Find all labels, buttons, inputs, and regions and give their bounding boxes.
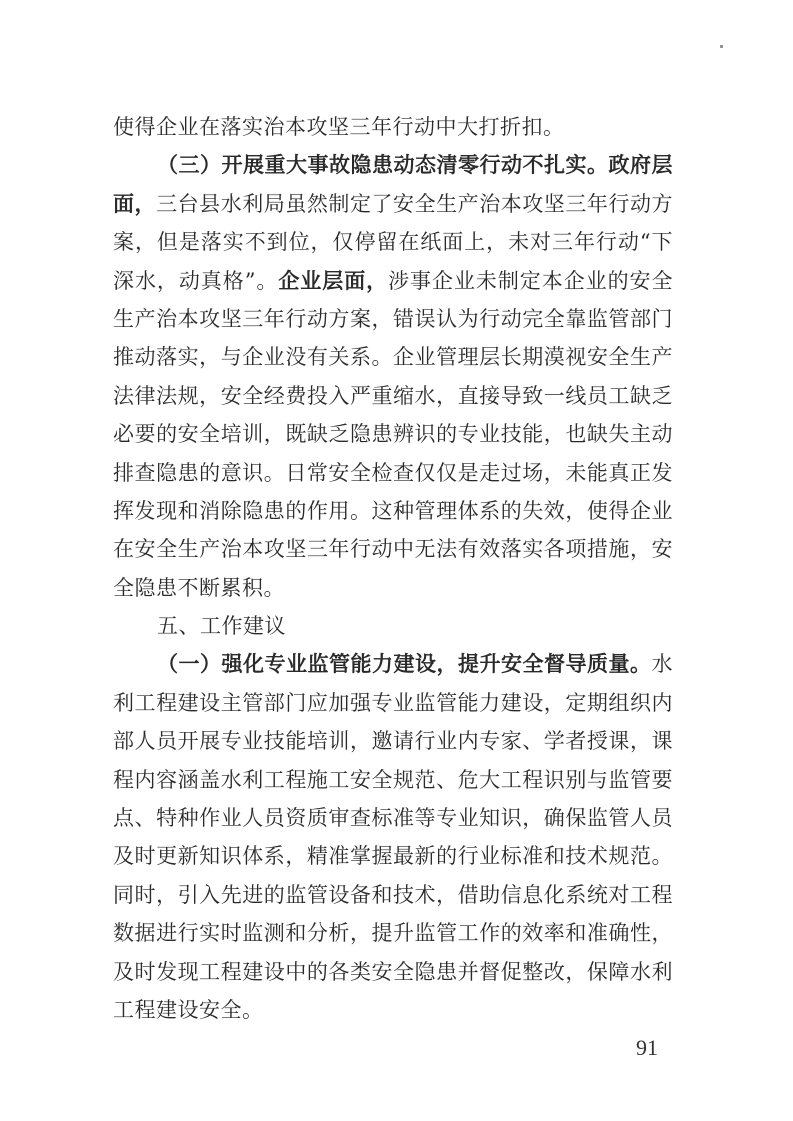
line-text: 生产治本攻坚三年行动方案，错误认为行动完全靠监管部门: [113, 307, 673, 331]
document-body: 使得企业在落实治本攻坚三年行动中大打折扣。 （三）开展重大事故隐患动态清零行动不…: [113, 108, 673, 1029]
line-text: 部人员开展专业技能培训，邀请行业内专家、学者授课，课: [113, 729, 673, 753]
paragraph-line: 同时，引入先进的监管设备和技术，借助信息化系统对工程: [113, 876, 673, 914]
paragraph-line: 面，三台县水利局虽然制定了安全生产治本攻坚三年行动方: [113, 185, 673, 223]
line-text: 案，但是落实不到位，仅停留在纸面上，未对三年行动“下: [113, 230, 673, 254]
paragraph-line: 挥发现和消除隐患的作用。这种管理体系的失效，使得企业: [113, 492, 673, 530]
line-text: 全隐患不断累积。: [113, 576, 285, 600]
line-text: 挥发现和消除隐患的作用。这种管理体系的失效，使得企业: [113, 499, 673, 523]
line-text: 法律法规，安全经费投入严重缩水，直接导致一线员工缺乏: [113, 384, 673, 408]
bold-label: 面，: [113, 192, 156, 216]
line-text: 及时更新知识体系，精准掌握最新的行业标准和技术规范。: [113, 844, 673, 868]
section-heading-5: 五、工作建议: [113, 607, 673, 645]
line-text: 水: [652, 652, 674, 676]
paragraph-line: 在安全生产治本攻坚三年行动中无法有效落实各项措施，安: [113, 530, 673, 568]
line-text: 推动落实，与企业没有关系。企业管理层长期漠视安全生产: [113, 345, 673, 369]
paragraph-line: 深水，动真格”。企业层面，涉事企业未制定本企业的安全: [113, 262, 673, 300]
line-text: 点、特种作业人员资质审查标准等专业知识，确保监管人员: [113, 806, 673, 830]
heading-text: 五、工作建议: [157, 614, 286, 638]
paragraph-line: 及时更新知识体系，精准掌握最新的行业标准和技术规范。: [113, 837, 673, 875]
paragraph-line: 排查隐患的意识。日常安全检查仅仅是走过场，未能真正发: [113, 454, 673, 492]
paragraph-line: 程内容涵盖水利工程施工安全规范、危大工程识别与监管要: [113, 761, 673, 799]
line-text: 及时发现工程建设中的各类安全隐患并督促整改，保障水利: [113, 960, 673, 984]
paragraph-line: 法律法规，安全经费投入严重缩水，直接导致一线员工缺乏: [113, 377, 673, 415]
paragraph-line: 利工程建设主管部门应加强专业监管能力建设，定期组织内: [113, 684, 673, 722]
bold-heading-text: （三）开展重大事故隐患动态清零行动不扎实。政府层: [157, 153, 673, 177]
paragraph-line: 必要的安全培训，既缺乏隐患辨识的专业技能，也缺失主动: [113, 415, 673, 453]
line-text: 涉事企业未制定本企业的安全: [388, 269, 673, 293]
paragraph-line: 数据进行实时监测和分析，提升监管工作的效率和准确性，: [113, 914, 673, 952]
paragraph-line: 部人员开展专业技能培训，邀请行业内专家、学者授课，课: [113, 722, 673, 760]
line-text: 在安全生产治本攻坚三年行动中无法有效落实各项措施，安: [113, 537, 673, 561]
line-text: 排查隐患的意识。日常安全检查仅仅是走过场，未能真正发: [113, 461, 673, 485]
paragraph-line: 工程建设安全。: [113, 991, 673, 1029]
line-text: 数据进行实时监测和分析，提升监管工作的效率和准确性，: [113, 921, 673, 945]
scan-speck: [720, 45, 723, 48]
paragraph-line: 点、特种作业人员资质审查标准等专业知识，确保监管人员: [113, 799, 673, 837]
paragraph-line: 使得企业在落实治本攻坚三年行动中大打折扣。: [113, 108, 673, 146]
page-number: 91: [636, 1035, 658, 1061]
line-text: 利工程建设主管部门应加强专业监管能力建设，定期组织内: [113, 691, 673, 715]
line-text: 必要的安全培训，既缺乏隐患辨识的专业技能，也缺失主动: [113, 422, 673, 446]
line-text: 使得企业在落实治本攻坚三年行动中大打折扣。: [113, 115, 565, 139]
section-heading-3: （三）开展重大事故隐患动态清零行动不扎实。政府层: [113, 146, 673, 184]
bold-label: 企业层面，: [278, 269, 388, 293]
paragraph-line: 生产治本攻坚三年行动方案，错误认为行动完全靠监管部门: [113, 300, 673, 338]
line-text: 工程建设安全。: [113, 998, 264, 1022]
subsection-heading-1: （一）强化专业监管能力建设，提升安全督导质量。水: [113, 645, 673, 683]
paragraph-line: 及时发现工程建设中的各类安全隐患并督促整改，保障水利: [113, 953, 673, 991]
paragraph-line: 案，但是落实不到位，仅停留在纸面上，未对三年行动“下: [113, 223, 673, 261]
paragraph-line: 推动落实，与企业没有关系。企业管理层长期漠视安全生产: [113, 338, 673, 376]
line-text: 程内容涵盖水利工程施工安全规范、危大工程识别与监管要: [113, 768, 673, 792]
paragraph-line: 全隐患不断累积。: [113, 569, 673, 607]
bold-heading-text: （一）强化专业监管能力建设，提升安全督导质量。: [157, 652, 652, 676]
line-text: 三台县水利局虽然制定了安全生产治本攻坚三年行动方: [156, 192, 673, 216]
line-text: 深水，动真格”。: [113, 269, 278, 293]
line-text: 同时，引入先进的监管设备和技术，借助信息化系统对工程: [113, 883, 673, 907]
